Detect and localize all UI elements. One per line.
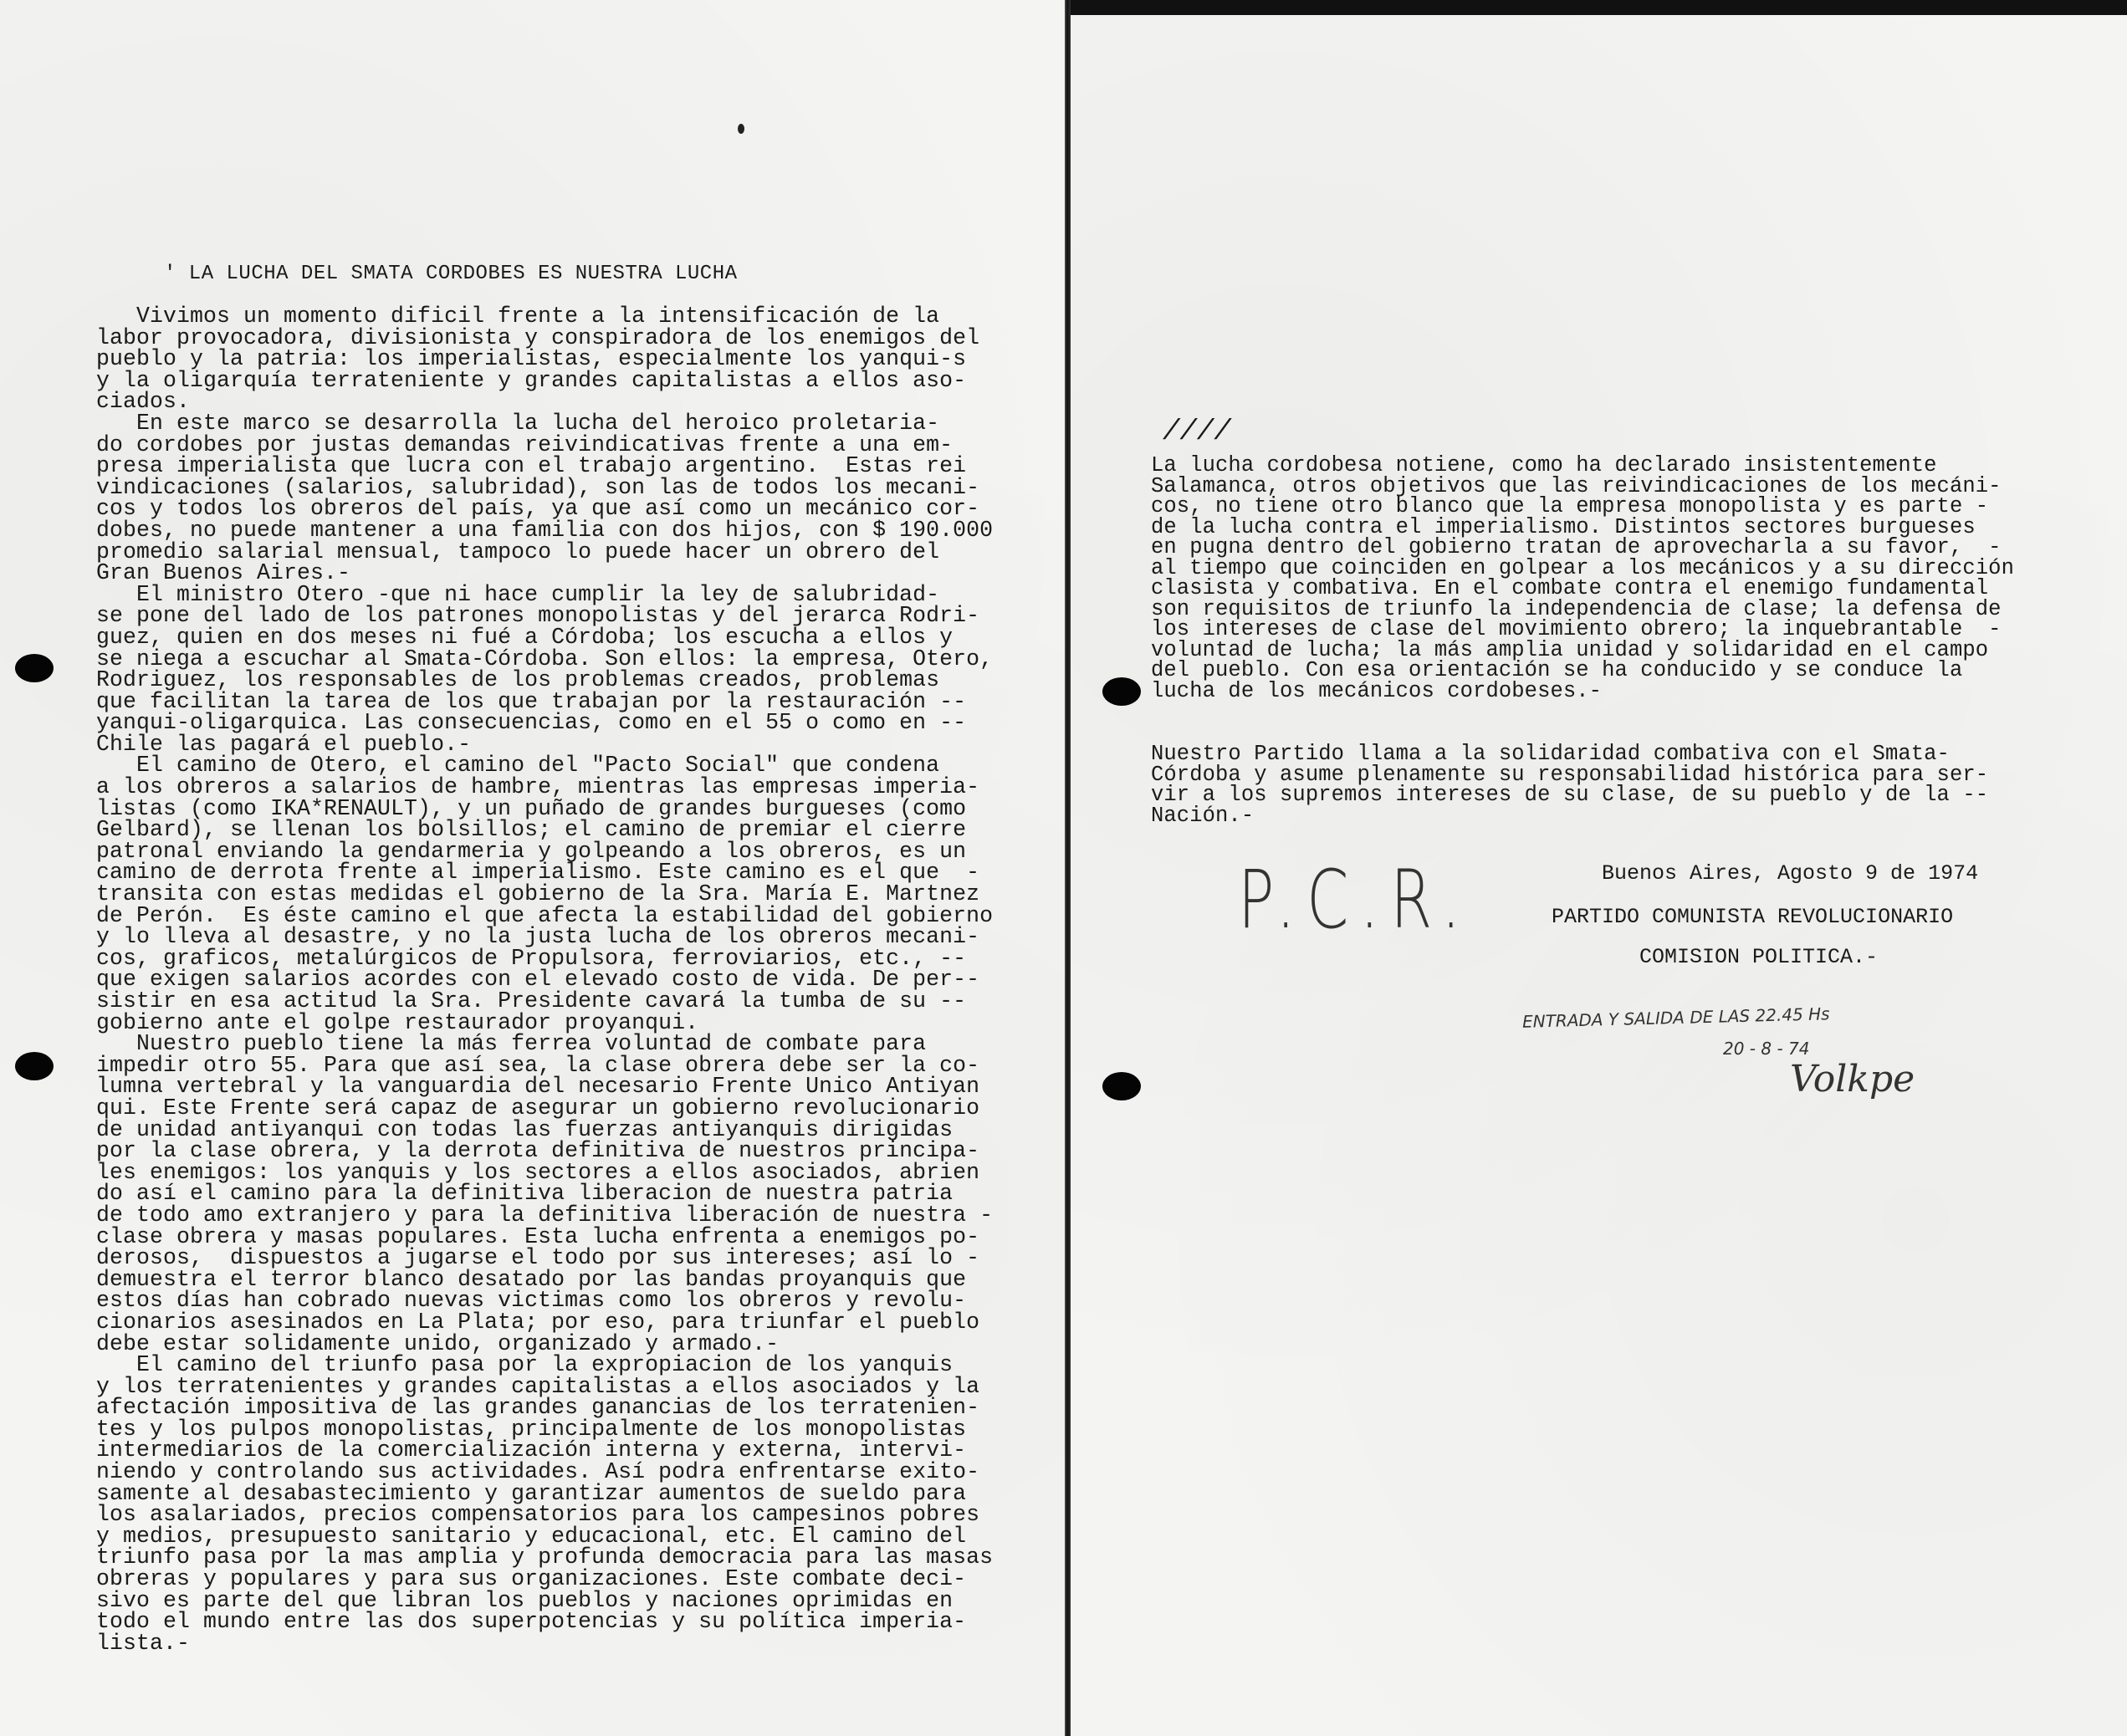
text-line: del pueblo. Con esa orientación se ha co… [1151, 661, 2014, 682]
right-paragraph-2: Nuestro Partido llama a la solidaridad c… [1151, 744, 1988, 826]
text-line: lista.- [96, 1633, 993, 1655]
text-line: Nuestro Partido llama a la solidaridad c… [1151, 744, 1988, 765]
committee-name: COMISION POLITICA.- [1639, 945, 1878, 969]
place-date: Buenos Aires, Agosto 9 de 1974 [1602, 861, 1978, 886]
text-line: En este marco se desarrolla la lucha del… [96, 413, 993, 435]
text-line: lucha de los mecánicos cordobeses.- [1151, 682, 2014, 702]
text-line: pueblo y la patria: los imperialistas, e… [96, 349, 993, 370]
pcr-initials: P.C.R. [1238, 853, 1472, 947]
text-line: guez, quien en dos meses ni fué a Córdob… [96, 627, 993, 649]
text-line: en pugna dentro del gobierno tratan de a… [1151, 538, 2014, 559]
text-line: derosos, dispuestos a jugarse el todo po… [96, 1248, 993, 1269]
punch-hole [15, 1052, 54, 1080]
text-line: Nuestro pueblo tiene la más ferrea volun… [96, 1034, 993, 1055]
text-line: de todo amo extranjero y para la definit… [96, 1205, 993, 1227]
left-body-text: Vivimos un momento dificil frente a la i… [96, 306, 993, 1654]
right-paragraph-1: La lucha cordobesa notiene, como ha decl… [1151, 456, 2014, 702]
text-line: cionarios asesinados en La Plata; por es… [96, 1312, 993, 1334]
text-line: transita con estas medidas el gobierno d… [96, 884, 993, 906]
text-line: presa imperialista que lucra con el trab… [96, 456, 993, 477]
text-line: a los obreros a salarios de hambre, mien… [96, 777, 993, 799]
continuation-mark: //// [1163, 416, 1231, 448]
text-line: qui. Este Frente será capaz de asegurar … [96, 1098, 993, 1120]
text-line: obreras y populares y para sus organizac… [96, 1569, 993, 1590]
text-line: vir a los supremos intereses de su clase… [1151, 785, 1988, 806]
text-line: Gelbard), se llenan los bolsillos; el ca… [96, 819, 993, 841]
punch-hole [1102, 677, 1141, 706]
text-line: y la oligarquía terrateniente y grandes … [96, 370, 993, 392]
party-name: PARTIDO COMUNISTA REVOLUCIONARIO [1552, 905, 1953, 929]
text-line: por la clase obrera, y la derrota defini… [96, 1141, 993, 1162]
text-line: Gran Buenos Aires.- [96, 563, 993, 585]
text-line: Vivimos un momento dificil frente a la i… [96, 306, 993, 328]
text-line: cos, no tiene otro blanco que la empresa… [1151, 497, 2014, 518]
text-line: dobes, no puede mantener a una familia c… [96, 520, 993, 542]
text-line: y lo lleva al desastre, y no la justa lu… [96, 927, 993, 948]
page-gutter [1065, 0, 1071, 1736]
punch-hole [15, 654, 54, 682]
text-line: todo el mundo entre las dos superpotenci… [96, 1611, 993, 1633]
text-line: los intereses de clase del movimiento ob… [1151, 620, 2014, 641]
document-title: ' LA LUCHA DEL SMATA CORDOBES ES NUESTRA… [164, 263, 738, 285]
text-line: Nación.- [1151, 806, 1988, 827]
ink-spot [738, 124, 744, 134]
text-line: El camino del triunfo pasa por la exprop… [96, 1355, 993, 1376]
text-line: clasista y combativa. En el combate cont… [1151, 579, 2014, 600]
text-line: los asalariados, precios compensatorios … [96, 1504, 993, 1526]
signature: Volkpe [1790, 1058, 1915, 1100]
text-line: Rodriguez, los responsables de los probl… [96, 670, 993, 692]
text-line: sistir en esa actitud la Sra. Presidente… [96, 991, 993, 1013]
text-line: La lucha cordobesa notiene, como ha decl… [1151, 456, 2014, 477]
left-page: ' LA LUCHA DEL SMATA CORDOBES ES NUESTRA… [0, 0, 1065, 1736]
text-line: niendo y controlando sus actividades. As… [96, 1462, 993, 1483]
punch-hole [1102, 1072, 1141, 1100]
handwritten-date: 20 - 8 - 74 [1723, 1039, 1810, 1059]
